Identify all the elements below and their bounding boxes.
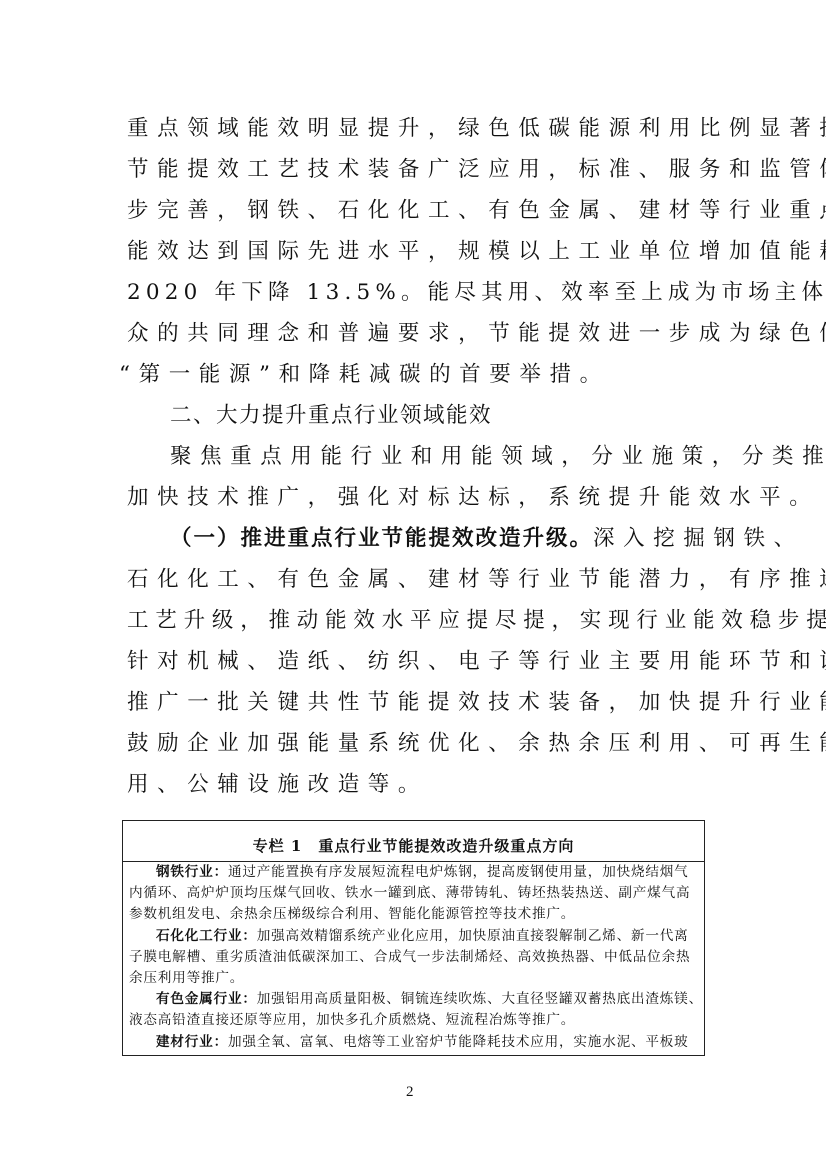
box-title-number: 专栏 1 xyxy=(253,837,303,855)
text-line: 节能提效工艺技术装备广泛应用，标准、服务和监管体系逐 xyxy=(127,149,826,190)
text-line: 鼓励企业加强能量系统优化、余热余压利用、可再生能源利 xyxy=(127,723,826,764)
box-line: 石化化工行业：加强高效精馏系统产业化应用，加快原油直接裂解制乙烯、新一代离 xyxy=(156,926,689,947)
text-line: 用、公辅设施改造等。 xyxy=(127,764,428,805)
section-heading: 二、大力提升重点行业领域能效 xyxy=(170,395,492,436)
box-title: 专栏 1重点行业节能提效改造升级重点方向 xyxy=(123,821,704,862)
text-line: （一）推进重点行业节能提效改造升级。深入挖掘钢铁、 xyxy=(170,518,804,559)
box-line: 参数机组发电、余热余压梯级综合利用、智能化能源管控等技术推广。 xyxy=(129,904,575,925)
text-run: 加强全氧、富氧、电熔等工业窑炉节能降耗技术应用，实施水泥、平板玻 xyxy=(228,1034,689,1050)
page-number: 2 xyxy=(406,1084,414,1101)
box-line: 钢铁行业：通过产能置换有序发展短流程电炉炼钢，提高废钢使用量，加快烧结烟气 xyxy=(156,862,689,883)
text-line: 重点领域能效明显提升，绿色低碳能源利用比例显著提高， xyxy=(127,108,826,149)
box-line: 子膜电解槽、重劣质渣油低碳深加工、合成气一步法制烯烃、高效换热器、中低品位余热 xyxy=(129,947,690,968)
sidebar-box-column-1: 专栏 1重点行业节能提效改造升级重点方向 钢铁行业：通过产能置换有序发展短流程电… xyxy=(122,820,705,1056)
box-line: 有色金属行业：加强铝用高质量阳极、铜锍连续吹炼、大直径竖罐双蓄热底出渣炼镁、 xyxy=(156,989,703,1010)
item-label-petrochemical: 石化化工行业： xyxy=(156,928,257,944)
box-title-text: 重点行业节能提效改造升级重点方向 xyxy=(318,837,574,855)
text-line: 石化化工、有色金属、建材等行业节能潜力，有序推进技术 xyxy=(127,559,826,600)
text-line: 聚焦重点用能行业和用能领域，分业施策，分类推进， xyxy=(170,436,826,477)
text-line: 推广一批关键共性节能提效技术装备，加快提升行业能效。 xyxy=(127,682,826,723)
text-line: “第一能源”和降耗减碳的首要举措。 xyxy=(119,354,610,395)
text-line: 工艺升级，推动能效水平应提尽提，实现行业能效稳步提升。 xyxy=(127,600,826,641)
subsection-heading: （一）推进重点行业节能提效改造升级。 xyxy=(170,526,593,551)
item-label-building-materials: 建材行业： xyxy=(156,1034,228,1050)
box-line: 余压利用等推广。 xyxy=(129,968,244,989)
text-line: 步完善，钢铁、石化化工、有色金属、建材等行业重点产品 xyxy=(127,190,826,231)
box-line: 内循环、高炉炉顶均压煤气回收、铁水一罐到底、薄带铸轧、铸坯热装热送、副产煤气高 xyxy=(129,883,690,904)
box-line: 液态高铅渣直接还原等应用，加快多孔介质燃烧、短流程冶炼等推广。 xyxy=(129,1010,575,1031)
text-run: 深入挖掘钢铁、 xyxy=(593,526,804,551)
text-run: 加强铝用高质量阳极、铜锍连续吹炼、大直径竖罐双蓄热底出渣炼镁、 xyxy=(257,991,703,1007)
text-run: 加强高效精馏系统产业化应用，加快原油直接裂解制乙烯、新一代离 xyxy=(257,928,689,944)
box-line: 建材行业：加强全氧、富氧、电熔等工业窑炉节能降耗技术应用，实施水泥、平板玻 xyxy=(156,1032,689,1053)
text-line: 众的共同理念和普遍要求，节能提效进一步成为绿色低碳的 xyxy=(127,313,826,354)
text-line: 能效达到国际先进水平，规模以上工业单位增加值能耗比 xyxy=(127,231,826,272)
document-page: 重点领域能效明显提升，绿色低碳能源利用比例显著提高， 节能提效工艺技术装备广泛应… xyxy=(0,0,826,1169)
text-run: 通过产能置换有序发展短流程电炉炼钢，提高废钢使用量，加快烧结烟气 xyxy=(228,864,689,880)
text-line: 2020 年下降 13.5%。能尽其用、效率至上成为市场主体和公 xyxy=(127,272,826,313)
item-label-steel: 钢铁行业： xyxy=(156,864,228,880)
text-line: 针对机械、造纸、纺织、电子等行业主要用能环节和设备， xyxy=(127,641,826,682)
text-line: 加快技术推广，强化对标达标，系统提升能效水平。 xyxy=(127,477,819,518)
item-label-nonferrous: 有色金属行业： xyxy=(156,991,257,1007)
